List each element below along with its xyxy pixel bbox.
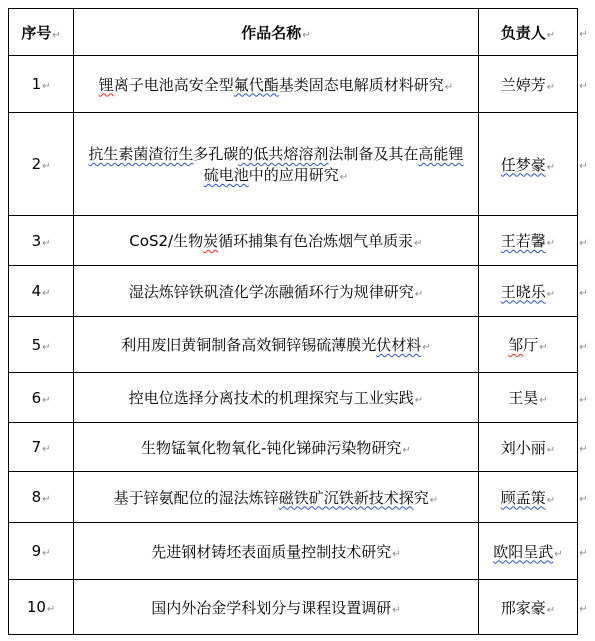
- table-body: 1↵锂离子电池高安全型氟代酯基类固态电解质材料研究↵兰婷芳↵↵2↵抗生素菌渣衍生…: [9, 56, 595, 635]
- text-segment: 硫电池: [204, 166, 249, 184]
- text-segment: 法制备及其在: [328, 145, 418, 163]
- cell-work-title: 湿法炼锌铁矾渣化学冻融循环行为规律研究↵: [74, 266, 479, 317]
- work-title-line: 基于锌氨配位的湿法炼锌磁铁矿沉铁新技术探究↵: [114, 487, 438, 508]
- serial-number: 3: [32, 232, 42, 250]
- table-row: 8↵基于锌氨配位的湿法炼锌磁铁矿沉铁新技术探究↵顾孟策↵↵: [9, 472, 595, 523]
- pilcrow-icon: ↵: [42, 161, 50, 172]
- serial-number: 2: [32, 155, 42, 173]
- works-table: 序号↵ 作品名称↵ 负责人↵ ↵ 1↵锂离子电池高安全型氟代酯基类固态电解质材料…: [8, 8, 595, 635]
- serial-number: 6: [32, 389, 42, 407]
- pilcrow-icon: ↵: [52, 30, 60, 41]
- pilcrow-icon: ↵: [539, 395, 547, 406]
- row-end-cell: ↵: [578, 580, 595, 635]
- work-title-line: 锂离子电池高安全型氟代酯基类固态电解质材料研究↵: [99, 74, 453, 95]
- pilcrow-icon: ↵: [579, 342, 587, 353]
- pilcrow-icon: ↵: [579, 444, 587, 455]
- text-segment: CoS2/生物: [129, 232, 203, 250]
- serial-number: 10: [27, 598, 46, 616]
- serial-number: 7: [32, 438, 42, 456]
- header-cell-title: 作品名称↵: [74, 9, 479, 56]
- pilcrow-icon: ↵: [42, 548, 50, 559]
- cell-work-title: 生物锰氧化物氧化-钝化锑砷污染物研究↵: [74, 423, 479, 472]
- text-segment: 任梦豪: [501, 156, 546, 174]
- pilcrow-icon: ↵: [554, 549, 562, 560]
- pilcrow-icon: ↵: [42, 444, 50, 455]
- pilcrow-icon: ↵: [392, 549, 400, 560]
- table-row: 1↵锂离子电池高安全型氟代酯基类固态电解质材料研究↵兰婷芳↵↵: [9, 56, 595, 113]
- work-title-line: 利用废旧黄铜制备高效铜锌锡硫薄膜光伏材料↵: [121, 334, 430, 355]
- text-segment: 炭: [203, 232, 218, 250]
- pilcrow-icon: ↵: [579, 494, 587, 505]
- cell-work-title: 抗生素菌渣衍生多孔碳的低共熔溶剂法制备及其在高能锂硫电池中的应用研究↵: [74, 113, 479, 216]
- cell-serial-number: 8↵: [9, 472, 74, 523]
- serial-number: 9: [32, 542, 42, 560]
- text-segment: 磁铁矿沉铁新技术探: [279, 489, 414, 507]
- work-title: CoS2/生物炭循环捕集有色冶炼烟气单质汞↵: [74, 230, 478, 251]
- pilcrow-icon: ↵: [547, 238, 555, 249]
- work-title-line: 湿法炼锌铁矾渣化学冻融循环行为规律研究↵: [129, 281, 423, 302]
- cell-work-title: 基于锌氨配位的湿法炼锌磁铁矿沉铁新技术探究↵: [74, 472, 479, 523]
- cell-serial-number: 2↵: [9, 113, 74, 216]
- pilcrow-icon: ↵: [547, 495, 555, 506]
- cell-serial-number: 4↵: [9, 266, 74, 317]
- table-row: 3↵CoS2/生物炭循环捕集有色冶炼烟气单质汞↵王若馨↵↵: [9, 216, 595, 266]
- text-segment: 先进钢材铸坯表面质量控制技术研究: [151, 543, 391, 561]
- table-row: 6↵控电位选择分离技术的机理探究与工业实践↵王昊↵↵: [9, 373, 595, 423]
- pilcrow-icon: ↵: [42, 395, 50, 406]
- pilcrow-icon: ↵: [402, 445, 410, 456]
- pilcrow-icon: ↵: [547, 605, 555, 616]
- text-segment: 王昊: [508, 389, 538, 407]
- pilcrow-icon: ↵: [415, 289, 423, 300]
- text-segment: 多孔碳: [193, 145, 238, 163]
- pilcrow-icon: ↵: [42, 342, 50, 353]
- text-segment: 伏材料: [376, 336, 421, 354]
- cell-work-title: CoS2/生物炭循环捕集有色冶炼烟气单质汞↵: [74, 216, 479, 266]
- pilcrow-icon: ↵: [47, 604, 55, 615]
- cell-serial-number: 1↵: [9, 56, 74, 113]
- serial-number: 5: [32, 336, 42, 354]
- cell-work-title: 利用废旧黄铜制备高效铜锌锡硫薄膜光伏材料↵: [74, 317, 479, 373]
- pilcrow-icon: ↵: [579, 288, 587, 299]
- work-title: 利用废旧黄铜制备高效铜锌锡硫薄膜光伏材料↵: [74, 334, 478, 355]
- text-segment: 顾孟策: [501, 489, 546, 507]
- cell-person-name: 欧阳呈武↵: [478, 523, 578, 580]
- table-row: 5↵利用废旧黄铜制备高效铜锌锡硫薄膜光伏材料↵邹厅↵↵: [9, 317, 595, 373]
- pilcrow-icon: ↵: [415, 395, 423, 406]
- row-end-cell: ↵: [578, 216, 595, 266]
- pilcrow-icon: ↵: [302, 30, 310, 41]
- text-segment: 国内外冶金学科划分与课程设置调研: [151, 599, 391, 617]
- cell-serial-number: 6↵: [9, 373, 74, 423]
- cell-work-title: 锂离子电池高安全型氟代酯基类固态电解质材料研究↵: [74, 56, 479, 113]
- header-row: 序号↵ 作品名称↵ 负责人↵ ↵: [9, 9, 595, 56]
- pilcrow-icon: ↵: [392, 605, 400, 616]
- work-title-line: 抗生素菌渣衍生多孔碳的低共熔溶剂法制备及其在高能锂: [88, 143, 463, 164]
- work-title: 控电位选择分离技术的机理探究与工业实践↵: [74, 387, 478, 408]
- work-title: 先进钢材铸坯表面质量控制技术研究↵: [74, 541, 478, 562]
- row-end-cell: ↵: [578, 373, 595, 423]
- document-page: 序号↵ 作品名称↵ 负责人↵ ↵ 1↵锂离子电池高安全型氟代酯基类固态电解质材料…: [0, 0, 595, 641]
- pilcrow-icon: ↵: [42, 238, 50, 249]
- work-title: 湿法炼锌铁矾渣化学冻融循环行为规律研究↵: [74, 281, 478, 302]
- pilcrow-icon: ↵: [42, 288, 50, 299]
- row-end-pilcrow-icon: ↵: [579, 29, 587, 40]
- pilcrow-icon: ↵: [547, 445, 555, 456]
- text-segment: 高能锂: [418, 145, 463, 163]
- text-segment: 氟代酯: [234, 76, 279, 94]
- pilcrow-icon: ↵: [539, 342, 547, 353]
- pilcrow-icon: ↵: [42, 81, 50, 92]
- table-row: 10↵国内外冶金学科划分与课程设置调研↵邢家豪↵↵: [9, 580, 595, 635]
- work-title-line: 生物锰氧化物氧化-钝化锑砷污染物研究↵: [141, 437, 411, 458]
- cell-person-name: 王昊↵: [478, 373, 578, 423]
- cell-serial-number: 9↵: [9, 523, 74, 580]
- row-end-cell: ↵: [578, 266, 595, 317]
- pilcrow-icon: ↵: [579, 81, 587, 92]
- row-end-cell: ↵: [578, 472, 595, 523]
- work-title-line: 控电位选择分离技术的机理探究与工业实践↵: [129, 387, 423, 408]
- row-end-cell: ↵: [578, 9, 595, 56]
- cell-work-title: 先进钢材铸坯表面质量控制技术研究↵: [74, 523, 479, 580]
- pilcrow-icon: ↵: [414, 238, 422, 249]
- serial-number: 4: [32, 282, 42, 300]
- work-title-line: 硫电池中的应用研究↵: [204, 164, 348, 185]
- text-segment: 抗生素菌渣衍生: [88, 145, 193, 163]
- pilcrow-icon: ↵: [547, 82, 555, 93]
- pilcrow-icon: ↵: [579, 548, 587, 559]
- cell-person-name: 刘小丽↵: [478, 423, 578, 472]
- cell-serial-number: 7↵: [9, 423, 74, 472]
- cell-person-name: 任梦豪↵: [478, 113, 578, 216]
- work-title: 抗生素菌渣衍生多孔碳的低共熔溶剂法制备及其在高能锂硫电池中的应用研究↵: [74, 143, 478, 185]
- text-segment: 厅: [523, 336, 538, 354]
- cell-person-name: 邹厅↵: [478, 317, 578, 373]
- work-title-line: 先进钢材铸坯表面质量控制技术研究↵: [151, 541, 400, 562]
- header-title-label: 作品名称: [241, 24, 301, 42]
- text-segment: 利用废旧黄铜制备高效铜锌锡硫薄膜光: [121, 336, 376, 354]
- header-cell-name: 负责人↵: [478, 9, 578, 56]
- work-title: 锂离子电池高安全型氟代酯基类固态电解质材料研究↵: [74, 74, 478, 95]
- text-segment: 控电位选择分离技术的机理探究与工业实践: [129, 389, 414, 407]
- pilcrow-icon: ↵: [340, 172, 348, 183]
- text-segment: 王晓乐: [501, 283, 546, 301]
- cell-person-name: 王晓乐↵: [478, 266, 578, 317]
- text-segment: 究: [414, 489, 429, 507]
- cell-serial-number: 3↵: [9, 216, 74, 266]
- pilcrow-icon: ↵: [547, 162, 555, 173]
- pilcrow-icon: ↵: [579, 161, 587, 172]
- text-segment: 邢家豪: [501, 599, 546, 617]
- text-segment: 湿法炼锌铁矾渣化学冻融循环行为规律研究: [129, 283, 414, 301]
- header-name-label: 负责人: [501, 24, 546, 42]
- work-title-line: CoS2/生物炭循环捕集有色冶炼烟气单质汞↵: [129, 230, 422, 251]
- header-cell-no: 序号↵: [9, 9, 74, 56]
- cell-person-name: 顾孟策↵: [478, 472, 578, 523]
- row-end-cell: ↵: [578, 523, 595, 580]
- text-segment: 的低共熔溶剂: [238, 145, 328, 163]
- serial-number: 8: [32, 488, 42, 506]
- cell-work-title: 控电位选择分离技术的机理探究与工业实践↵: [74, 373, 479, 423]
- row-end-cell: ↵: [578, 423, 595, 472]
- serial-number: 1: [32, 75, 42, 93]
- pilcrow-icon: ↵: [579, 238, 587, 249]
- pilcrow-icon: ↵: [579, 395, 587, 406]
- pilcrow-icon: ↵: [42, 494, 50, 505]
- row-end-cell: ↵: [578, 113, 595, 216]
- table-row: 7↵生物锰氧化物氧化-钝化锑砷污染物研究↵刘小丽↵↵: [9, 423, 595, 472]
- table-row: 4↵湿法炼锌铁矾渣化学冻融循环行为规律研究↵王晓乐↵↵: [9, 266, 595, 317]
- text-segment: 基类固态电解质材料研究: [279, 76, 444, 94]
- text-segment: 基于锌氨配位的湿法炼锌: [114, 489, 279, 507]
- pilcrow-icon: ↵: [547, 30, 555, 41]
- text-segment: 王若馨: [501, 232, 546, 250]
- pilcrow-icon: ↵: [445, 82, 453, 93]
- work-title-line: 国内外冶金学科划分与课程设置调研↵: [151, 597, 400, 618]
- cell-serial-number: 5↵: [9, 317, 74, 373]
- text-segment: 生物锰氧化物氧化-钝化锑砷污染物研究: [141, 439, 401, 457]
- pilcrow-icon: ↵: [579, 604, 587, 615]
- row-end-cell: ↵: [578, 56, 595, 113]
- header-no-label: 序号: [21, 24, 51, 42]
- cell-person-name: 邢家豪↵: [478, 580, 578, 635]
- cell-work-title: 国内外冶金学科划分与课程设置调研↵: [74, 580, 479, 635]
- work-title: 生物锰氧化物氧化-钝化锑砷污染物研究↵: [74, 437, 478, 458]
- work-title: 基于锌氨配位的湿法炼锌磁铁矿沉铁新技术探究↵: [74, 487, 478, 508]
- text-segment: 欧阳呈武: [493, 543, 553, 561]
- cell-person-name: 王若馨↵: [478, 216, 578, 266]
- row-end-cell: ↵: [578, 317, 595, 373]
- pilcrow-icon: ↵: [547, 289, 555, 300]
- table-row: 9↵先进钢材铸坯表面质量控制技术研究↵欧阳呈武↵↵: [9, 523, 595, 580]
- text-segment: 兰婷芳: [501, 76, 546, 94]
- cell-serial-number: 10↵: [9, 580, 74, 635]
- pilcrow-icon: ↵: [430, 495, 438, 506]
- text-segment: 锂: [99, 76, 114, 94]
- table-row: 2↵抗生素菌渣衍生多孔碳的低共熔溶剂法制备及其在高能锂硫电池中的应用研究↵任梦豪…: [9, 113, 595, 216]
- text-segment: 循环捕集有色冶炼烟气单质汞: [218, 232, 413, 250]
- pilcrow-icon: ↵: [422, 342, 430, 353]
- cell-person-name: 兰婷芳↵: [478, 56, 578, 113]
- text-segment: 刘小丽: [501, 439, 546, 457]
- text-segment: 中的应用研究: [249, 166, 339, 184]
- text-segment: 邹: [508, 336, 523, 354]
- work-title: 国内外冶金学科划分与课程设置调研↵: [74, 597, 478, 618]
- text-segment: 离子电池高安全型: [114, 76, 234, 94]
